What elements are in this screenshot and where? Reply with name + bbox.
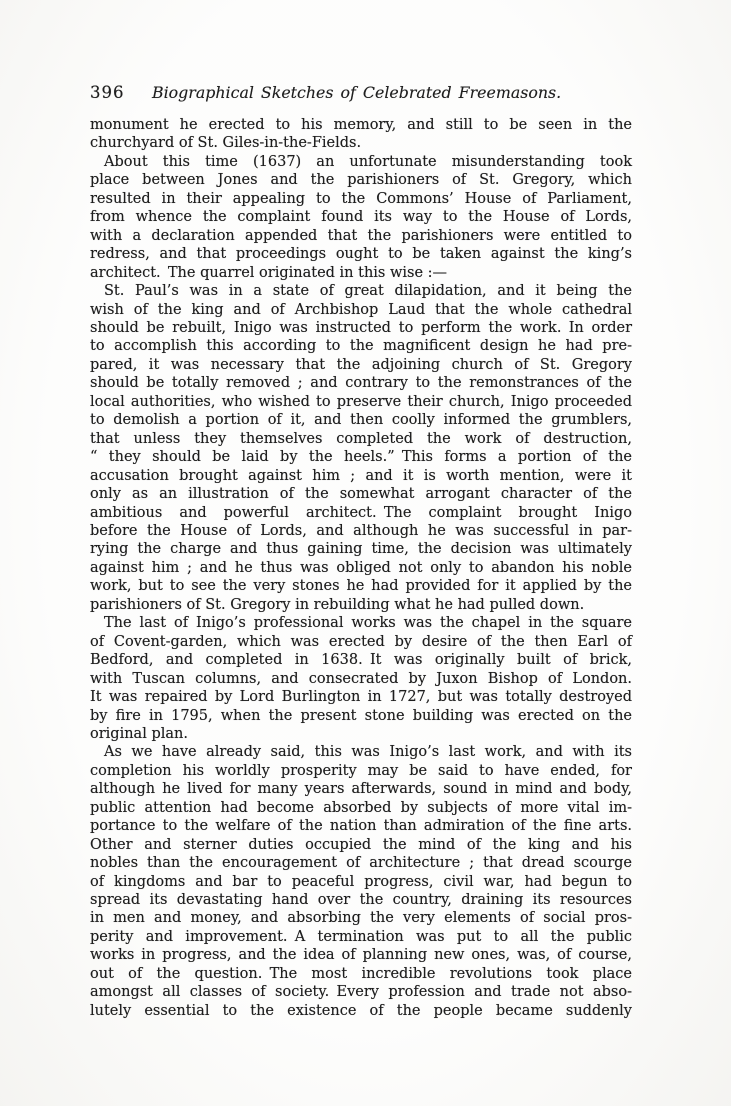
text-line: completion his worldly prosperity may be… [90,762,632,780]
text-line: that unless they themselves completed th… [90,430,632,448]
text-line: portance to the welfare of the nation th… [90,817,632,835]
book-page: 396 Biographical Sketches of Celebrated … [0,0,731,1106]
running-title: Biographical Sketches of Celebrated Free… [152,84,561,102]
text-line: architect. The quarrel originated in thi… [90,264,632,282]
text-line: of kingdoms and bar to peaceful progress… [90,873,632,891]
text-line: works in progress, and the idea of plann… [90,946,632,964]
text-line: rying the charge and thus gaining time, … [90,540,632,558]
paragraph: About this time (1637) an unfortunate mi… [90,153,632,282]
text-line: only as an illustration of the somewhat … [90,485,632,503]
text-line: pared, it was necessary that the adjoini… [90,356,632,374]
text-line: out of the question. The most incredible… [90,965,632,983]
paragraph: The last of Inigo’s professional works w… [90,614,632,743]
text-line: resulted in their appealing to the Commo… [90,190,632,208]
text-line: should be rebuilt, Inigo was instructed … [90,319,632,337]
text-line: of Covent-garden, which was erected by d… [90,633,632,651]
text-line: public attention had become absorbed by … [90,799,632,817]
text-line: should be totally removed ; and contrary… [90,374,632,392]
page-number: 396 [90,84,125,102]
text-line: nobles than the encouragement of archite… [90,854,632,872]
text-line: amongst all classes of society. Every pr… [90,983,632,1001]
page-header: 396 Biographical Sketches of Celebrated … [90,84,632,104]
text-line: monument he erected to his memory, and s… [90,116,632,134]
text-line: About this time (1637) an unfortunate mi… [90,153,632,171]
text-line: place between Jones and the parishioners… [90,171,632,189]
text-line: in men and money, and absorbing the very… [90,909,632,927]
text-line: accusation brought against him ; and it … [90,467,632,485]
text-line: churchyard of St. Giles-in-the-Fields. [90,134,632,152]
text-line: to accomplish this according to the magn… [90,337,632,355]
text-line: although he lived for many years afterwa… [90,780,632,798]
text-line: to demolish a portion of it, and then co… [90,411,632,429]
text-line: wish of the king and of Archbishop Laud … [90,301,632,319]
text-line: ambitious and powerful architect. The co… [90,504,632,522]
text-block: monument he erected to his memory, and s… [90,116,632,1020]
text-line: with a declaration appended that the par… [90,227,632,245]
paragraph: monument he erected to his memory, and s… [90,116,632,153]
text-line: St. Paul’s was in a state of great dilap… [90,282,632,300]
text-line: with Tuscan columns, and consecrated by … [90,670,632,688]
text-line: Bedford, and completed in 1638. It was o… [90,651,632,669]
text-line: The last of Inigo’s professional works w… [90,614,632,632]
paragraph: As we have already said, this was Inigo’… [90,743,632,1020]
text-line: against him ; and he thus was obliged no… [90,559,632,577]
text-line: work, but to see the very stones he had … [90,577,632,595]
text-line: Other and sterner duties occupied the mi… [90,836,632,854]
paragraph: St. Paul’s was in a state of great dilap… [90,282,632,614]
text-line: “ they should be laid by the heels.” Thi… [90,448,632,466]
text-line: As we have already said, this was Inigo’… [90,743,632,761]
text-line: redress, and that proceedings ought to b… [90,245,632,263]
text-line: It was repaired by Lord Burlington in 17… [90,688,632,706]
text-line: perity and improvement. A termination wa… [90,928,632,946]
text-line: lutely essential to the existence of the… [90,1002,632,1020]
text-line: local authorities, who wished to preserv… [90,393,632,411]
text-line: by fire in 1795, when the present stone … [90,707,632,725]
text-line: original plan. [90,725,632,743]
text-line: from whence the complaint found its way … [90,208,632,226]
text-line: before the House of Lords, and although … [90,522,632,540]
text-line: parishioners of St. Gregory in rebuildin… [90,596,632,614]
text-line: spread its devastating hand over the cou… [90,891,632,909]
